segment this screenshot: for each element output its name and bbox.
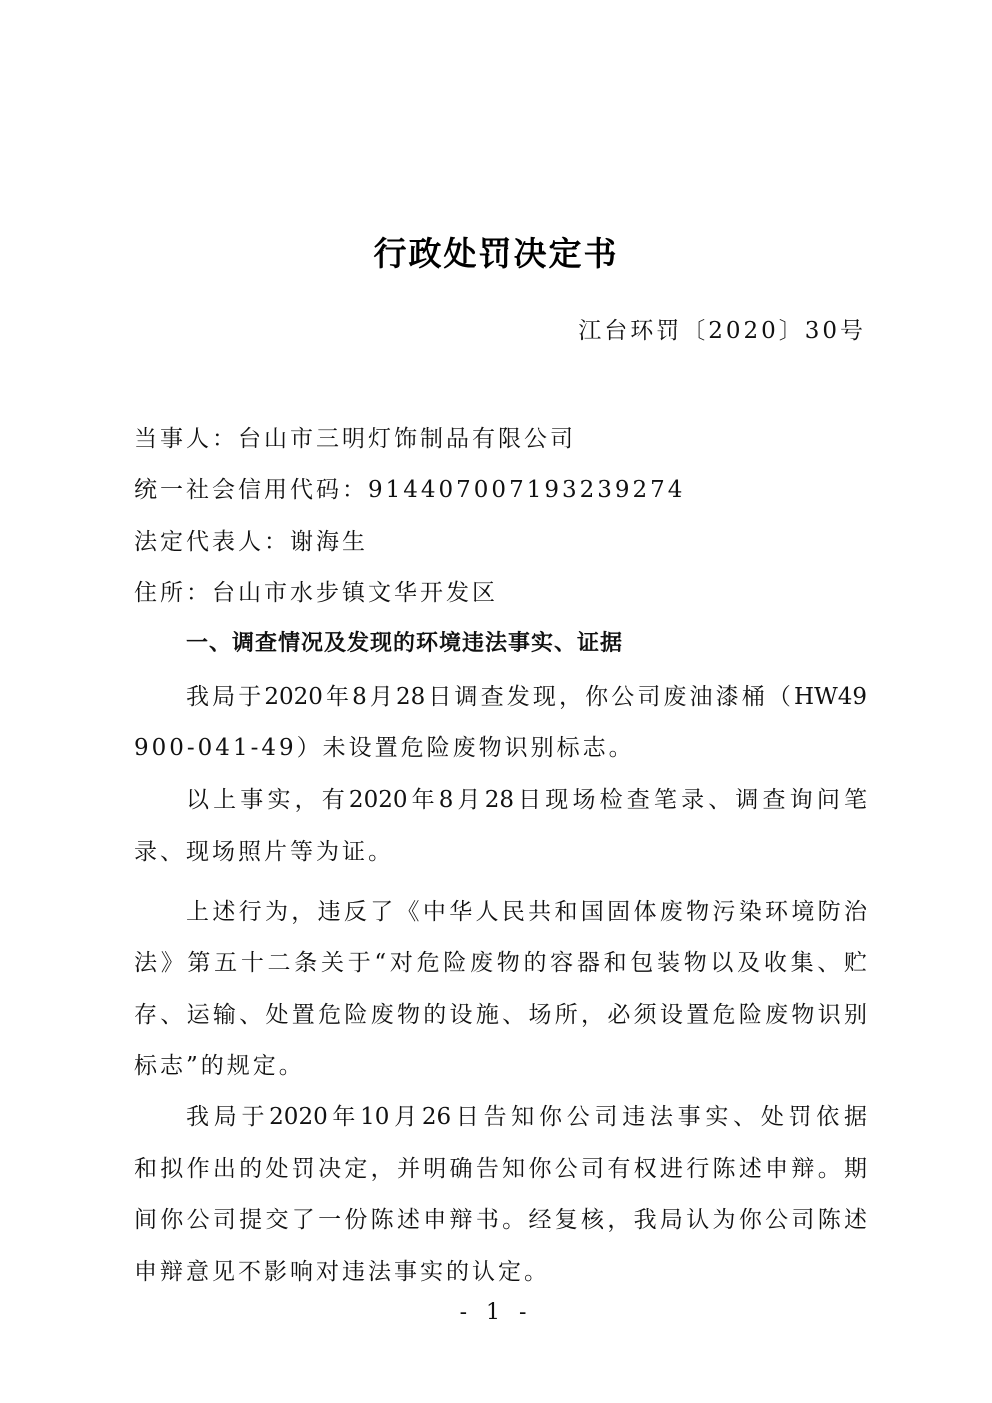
party-name: 当事人：台山市三明灯饰制品有限公司 xyxy=(134,420,576,453)
document-page: 行政处罚决定书 江台环罚〔2020〕30号 当事人：台山市三明灯饰制品有限公司 … xyxy=(0,0,992,1403)
paragraph-line: 上述行为，违反了《中华人民共和国固体废物污染环境防治 xyxy=(186,893,867,926)
paragraph-line: 我局于2020年10月26日告知你公司违法事实、处罚依据 xyxy=(186,1098,867,1131)
paragraph-line: 900-041-49）未设置危险废物识别标志。 xyxy=(134,729,635,762)
paragraph-line: 标志”的规定。 xyxy=(134,1047,305,1080)
section-heading: 一、调查情况及发现的环境违法事实、证据 xyxy=(186,626,623,657)
page-number: - 1 - xyxy=(0,1300,992,1325)
paragraph-line: 录、现场照片等为证。 xyxy=(134,833,394,866)
paragraph-line: 间你公司提交了一份陈述申辩书。经复核，我局认为你公司陈述 xyxy=(134,1201,867,1234)
party-address: 住所：台山市水步镇文华开发区 xyxy=(134,574,498,607)
paragraph-line: 我局于2020年8月28日调查发现，你公司废油漆桶（HW49 xyxy=(186,678,867,711)
paragraph-line: 法》第五十二条关于“对危险废物的容器和包装物以及收集、贮 xyxy=(134,944,867,977)
paragraph-line: 存、运输、处置危险废物的设施、场所，必须设置危险废物识别 xyxy=(134,996,867,1029)
document-title: 行政处罚决定书 xyxy=(0,228,992,275)
document-number: 江台环罚〔2020〕30号 xyxy=(578,312,866,345)
paragraph-line: 以上事实，有2020年8月28日现场检查笔录、调查询问笔 xyxy=(186,781,867,814)
paragraph-line: 和拟作出的处罚决定，并明确告知你公司有权进行陈述申辩。期 xyxy=(134,1150,867,1183)
legal-representative: 法定代表人：谢海生 xyxy=(134,523,368,556)
credit-code: 统一社会信用代码：914407007193239274 xyxy=(134,471,685,504)
paragraph-line: 申辩意见不影响对违法事实的认定。 xyxy=(134,1253,550,1286)
